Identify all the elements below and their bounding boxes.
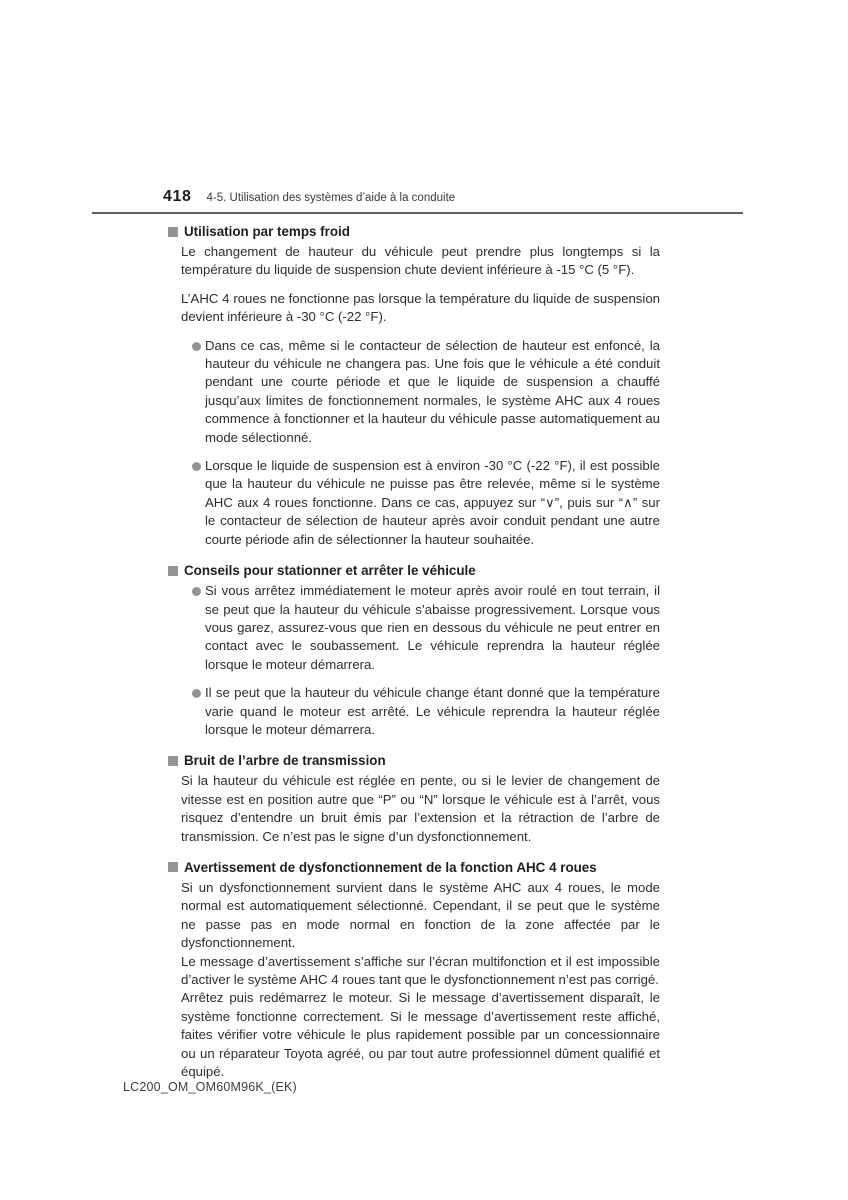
section-heading-text: Utilisation par temps froid [184, 223, 350, 240]
bullet-item: Il se peut que la hauteur du véhicule ch… [168, 684, 660, 739]
paragraph: L’AHC 4 roues ne fonctionne pas lorsque … [181, 290, 660, 327]
paragraph: Si la hauteur du véhicule est réglée en … [181, 772, 660, 846]
bullet-dot-icon [192, 342, 201, 351]
paragraph: Le changement de hauteur du véhicule peu… [181, 243, 660, 280]
section-heading-text: Conseils pour stationner et arrêter le v… [184, 562, 476, 579]
section-driveshaft-noise: Bruit de l’arbre de transmission Si la h… [168, 752, 660, 846]
section-parking-tips: Conseils pour stationner et arrêter le v… [168, 562, 660, 739]
bullet-item: Lorsque le liquide de suspension est à e… [168, 457, 660, 549]
bullet-item: Si vous arrêtez immédiatement le moteur … [168, 582, 660, 674]
section-marker-icon [168, 227, 178, 237]
section-heading-text: Avertissement de dysfonctionnement de la… [184, 859, 597, 876]
section-marker-icon [168, 756, 178, 766]
section-heading: Avertissement de dysfonctionnement de la… [168, 859, 660, 876]
bullet-text: Lorsque le liquide de suspension est à e… [205, 457, 660, 549]
paragraph: Arrêtez puis redémarrez le moteur. Si le… [181, 989, 660, 1081]
section-cold-weather-use: Utilisation par temps froid Le changemen… [168, 223, 660, 549]
bullet-item: Dans ce cas, même si le contacteur de sé… [168, 337, 660, 447]
manual-page: 418 4-5. Utilisation des systèmes d’aide… [0, 0, 848, 1200]
page-header: 418 4-5. Utilisation des systèmes d’aide… [163, 188, 455, 206]
document-code: LC200_OM_OM60M96K_(EK) [123, 1080, 297, 1094]
bullet-text: Dans ce cas, même si le contacteur de sé… [205, 337, 660, 447]
section-marker-icon [168, 862, 178, 872]
section-malfunction-warning: Avertissement de dysfonctionnement de la… [168, 859, 660, 1081]
section-heading-text: Bruit de l’arbre de transmission [184, 752, 386, 769]
page-content: Utilisation par temps froid Le changemen… [168, 223, 660, 1081]
section-heading: Conseils pour stationner et arrêter le v… [168, 562, 660, 579]
section-heading: Bruit de l’arbre de transmission [168, 752, 660, 769]
section-heading: Utilisation par temps froid [168, 223, 660, 240]
section-marker-icon [168, 566, 178, 576]
bullet-dot-icon [192, 587, 201, 596]
page-number: 418 [163, 188, 192, 206]
paragraph: Le message d’avertissement s’affiche sur… [181, 953, 660, 990]
bullet-text: Il se peut que la hauteur du véhicule ch… [205, 684, 660, 739]
header-rule [92, 212, 743, 214]
bullet-text: Si vous arrêtez immédiatement le moteur … [205, 582, 660, 674]
bullet-dot-icon [192, 462, 201, 471]
chapter-title: 4-5. Utilisation des systèmes d’aide à l… [207, 192, 456, 204]
bullet-dot-icon [192, 689, 201, 698]
paragraph: Si un dysfonctionnement survient dans le… [181, 879, 660, 953]
